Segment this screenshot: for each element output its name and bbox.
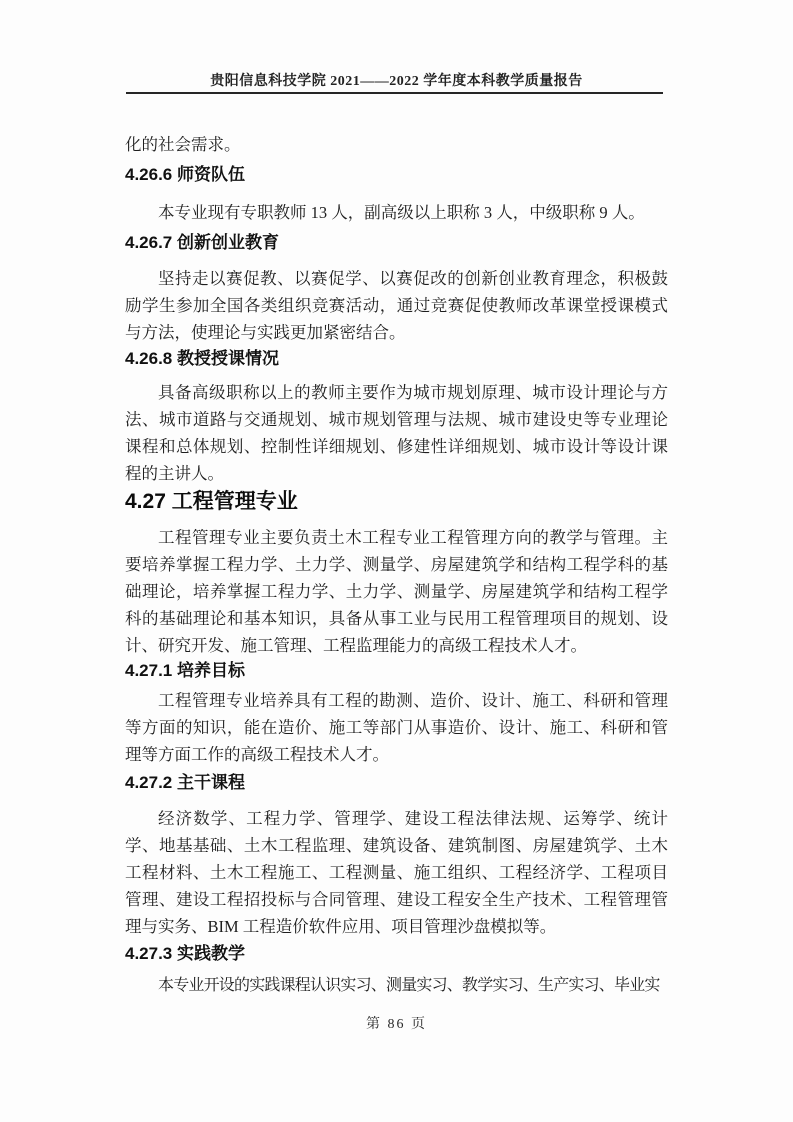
page-number: 第 86 页 <box>125 1013 668 1033</box>
body-paragraph: 工程管理专业培养具有工程的勘测、造价、设计、施工、科研和管理等方面的知识，能在造… <box>125 687 668 768</box>
body-paragraph: 坚持走以赛促教、以赛促学、以赛促改的创新创业教育理念，积极鼓励学生参加全国各类组… <box>125 265 668 346</box>
body-paragraph: 工程管理专业主要负责土木工程专业工程管理方向的教学与管理。主要培养掌握工程力学、… <box>125 524 668 659</box>
running-header-title: 贵阳信息科技学院 2021——2022 学年度本科教学质量报告 <box>125 74 668 90</box>
subsection-heading-4-26-7: 4.26.7 创新创业教育 <box>125 232 668 254</box>
header-rule <box>126 92 663 94</box>
body-paragraph: 本专业现有专职教师 13 人，副高级以上职称 3 人，中级职称 9 人。 <box>125 199 668 226</box>
subsection-heading-4-26-6: 4.26.6 师资队伍 <box>125 164 668 186</box>
section-heading-4-27: 4.27 工程管理专业 <box>125 488 668 515</box>
subsection-heading-4-27-3: 4.27.3 实践教学 <box>125 943 668 965</box>
body-paragraph-continuation: 化的社会需求。 <box>125 131 668 158</box>
subsection-heading-4-26-8: 4.26.8 教授授课情况 <box>125 348 668 370</box>
document-page: 贵阳信息科技学院 2021——2022 学年度本科教学质量报告 化的社会需求。 … <box>0 0 793 1122</box>
body-paragraph: 经济数学、工程力学、管理学、建设工程法律法规、运筹学、统计学、地基基础、土木工程… <box>125 805 668 940</box>
body-paragraph: 本专业开设的实践课程认识实习、测量实习、教学实习、生产实习、毕业实 <box>125 972 668 999</box>
body-paragraph: 具备高级职称以上的教师主要作为城市规划原理、城市设计理论与方法、城市道路与交通规… <box>125 379 668 487</box>
subsection-heading-4-27-2: 4.27.2 主干课程 <box>125 772 668 794</box>
subsection-heading-4-27-1: 4.27.1 培养目标 <box>125 660 668 682</box>
